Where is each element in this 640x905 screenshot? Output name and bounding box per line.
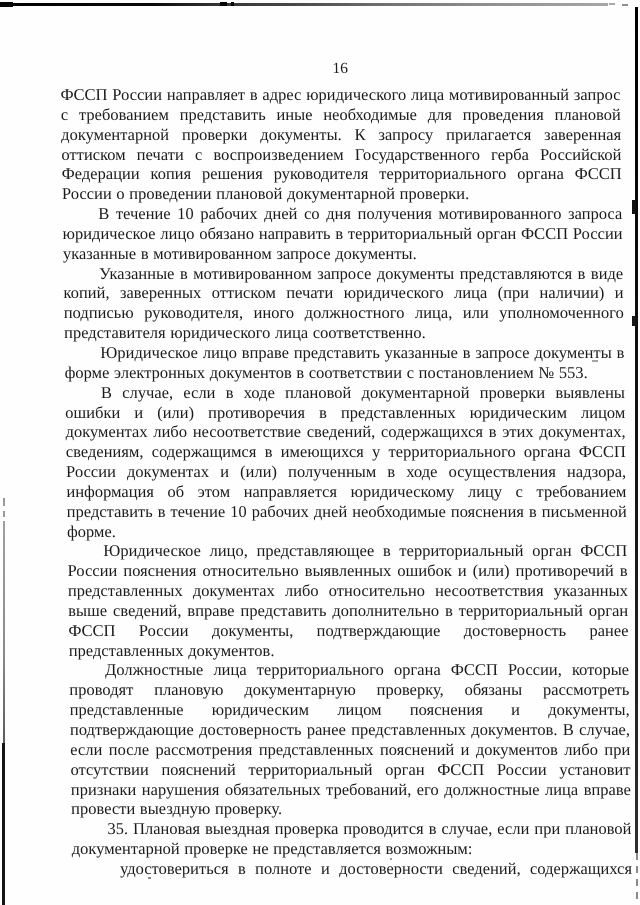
scan-edge-right-dashes [636, 853, 638, 905]
page-number: 16 [60, 60, 620, 78]
scan-top-tick [220, 2, 227, 6]
scan-top-dash [622, 4, 628, 6]
scan-corner-mark [0, 2, 13, 7]
scan-edge-left-line [2, 743, 5, 905]
paragraph: Юридическое лицо вправе представить указ… [64, 343, 625, 383]
paragraph: В случае, если в ходе плановой документа… [65, 383, 627, 542]
scan-right-nub [632, 200, 636, 214]
paragraph: удостовериться в полноте и достоверности… [72, 859, 632, 879]
scan-left-dash [3, 511, 5, 517]
scan-right-nub [632, 316, 636, 326]
paragraph: ФССП России направляет в адрес юридическ… [60, 85, 622, 204]
scan-top-tick [231, 2, 234, 6]
scan-edge-left-line [3, 521, 5, 743]
scan-top-dash [609, 3, 615, 5]
document-body: ФССП России направляет в адрес юридическ… [60, 85, 632, 879]
paragraph: В течение 10 рабочих дней со дня получен… [62, 204, 623, 264]
scanned-document-page: 16 ФССП России направляет в адрес юридич… [0, 0, 640, 905]
page-content: 16 ФССП России направляет в адрес юридич… [60, 60, 632, 879]
paragraph: Указанные в мотивированном запросе докум… [63, 264, 624, 343]
paragraph: Должностные лица территориального органа… [69, 660, 631, 819]
scan-edge-top-line [12, 3, 608, 6]
paragraph: 35. Плановая выездная проверка проводитс… [71, 819, 632, 859]
scan-left-dash [3, 498, 5, 506]
scan-edge-right-line [635, 7, 638, 853]
paragraph: Юридическое лицо, представляющее в терри… [67, 541, 629, 660]
